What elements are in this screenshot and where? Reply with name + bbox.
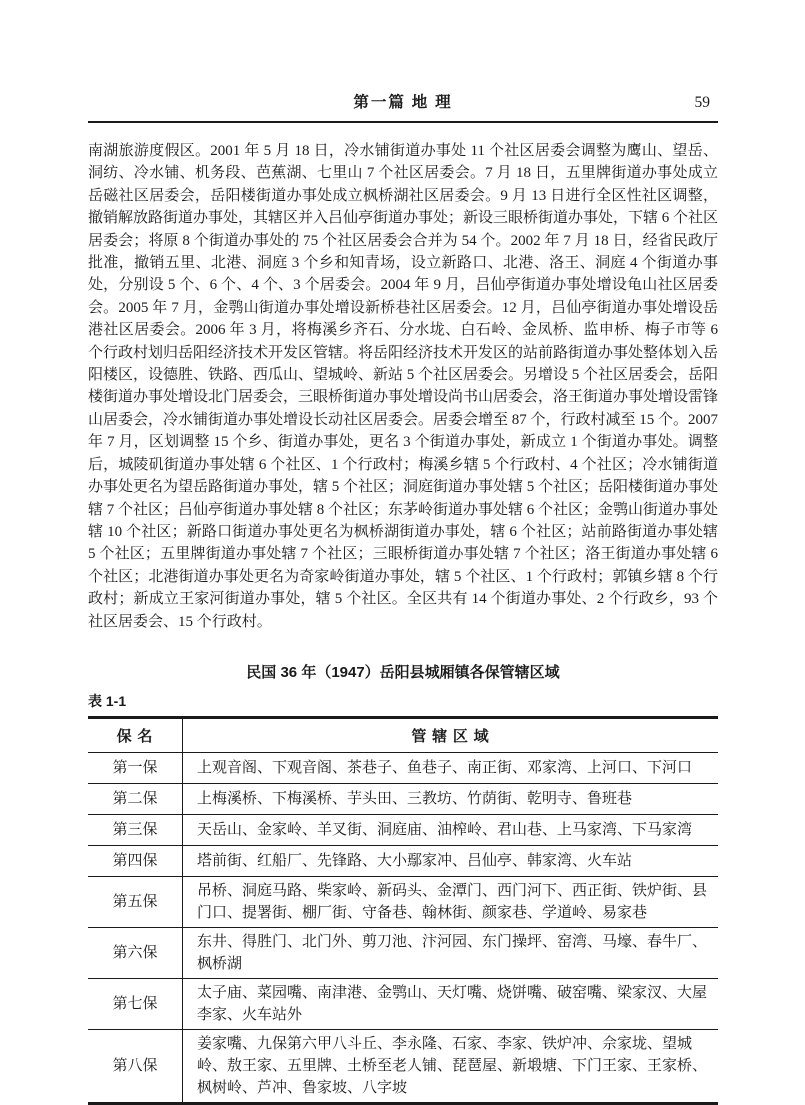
bao-name-cell: 第三保 (88, 814, 183, 845)
table-row: 第七保 太子庙、菜园嘴、南津港、金鹗山、天灯嘴、烧饼嘴、破窑嘴、梁家汊、大屋李家… (88, 978, 718, 1029)
bao-name-cell: 第七保 (88, 978, 183, 1029)
table-title: 民国 36 年（1947）岳阳县城厢镇各保管辖区域 (88, 661, 718, 682)
table-row: 第一保 上观音阁、下观音阁、茶巷子、鱼巷子、南正街、邓家湾、上河口、下河口 (88, 752, 718, 783)
baojia-table: 保 名 管 辖 区 域 第一保 上观音阁、下观音阁、茶巷子、鱼巷子、南正街、邓家… (88, 716, 718, 1105)
bao-name-cell: 第二保 (88, 783, 183, 814)
table-header-row: 保 名 管 辖 区 域 (88, 717, 718, 752)
table-row: 第五保 吊桥、洞庭马路、柴家岭、新码头、金潭门、西门河下、西正街、铁炉街、县门口… (88, 876, 718, 927)
bao-name-cell: 第四保 (88, 845, 183, 876)
region-cell: 上梅溪桥、下梅溪桥、芋头田、三教坊、竹荫街、乾明寺、鲁班巷 (183, 783, 719, 814)
table-row: 第四保 塔前街、红船厂、先锋路、大小鄢家冲、吕仙亭、韩家湾、火车站 (88, 845, 718, 876)
table-body: 第一保 上观音阁、下观音阁、茶巷子、鱼巷子、南正街、邓家湾、上河口、下河口 第二… (88, 752, 718, 1103)
region-cell: 太子庙、菜园嘴、南津港、金鹗山、天灯嘴、烧饼嘴、破窑嘴、梁家汊、大屋李家、火车站… (183, 978, 719, 1029)
page-header: 第一篇 地 理 59 (88, 92, 718, 114)
bao-name-cell: 第一保 (88, 752, 183, 783)
bao-name-cell: 第八保 (88, 1029, 183, 1103)
region-cell: 东井、得胜门、北门外、剪刀池、汴河园、东门操坪、窑湾、马壕、春牛厂、枫桥湖 (183, 927, 719, 978)
page-number: 59 (695, 92, 711, 114)
body-paragraph: 南湖旅游度假区。2001 年 5 月 18 日，冷水铺街道办事处 11 个社区居… (88, 140, 718, 633)
column-header-bao-name: 保 名 (88, 717, 183, 752)
table-label: 表 1-1 (88, 691, 718, 711)
document-page: 第一篇 地 理 59 南湖旅游度假区。2001 年 5 月 18 日，冷水铺街道… (0, 0, 805, 1099)
bao-name-cell: 第五保 (88, 876, 183, 927)
region-cell: 上观音阁、下观音阁、茶巷子、鱼巷子、南正街、邓家湾、上河口、下河口 (183, 752, 719, 783)
bao-name-cell: 第六保 (88, 927, 183, 978)
table-row: 第三保 天岳山、金家岭、羊叉街、洞庭庙、油榨岭、君山巷、上马家湾、下马家湾 (88, 814, 718, 845)
region-cell: 吊桥、洞庭马路、柴家岭、新码头、金潭门、西门河下、西正街、铁炉街、县门口、提署街… (183, 876, 719, 927)
region-cell: 姜家嘴、九保第六甲八斗丘、李永隆、石家、李家、铁炉冲、佘家垅、望城岭、敖王家、五… (183, 1029, 719, 1103)
section-title: 第一篇 地 理 (88, 92, 718, 114)
table-header: 保 名 管 辖 区 域 (88, 717, 718, 752)
table-row: 第六保 东井、得胜门、北门外、剪刀池、汴河园、东门操坪、窑湾、马壕、春牛厂、枫桥… (88, 927, 718, 978)
table-row: 第二保 上梅溪桥、下梅溪桥、芋头田、三教坊、竹荫街、乾明寺、鲁班巷 (88, 783, 718, 814)
region-cell: 天岳山、金家岭、羊叉街、洞庭庙、油榨岭、君山巷、上马家湾、下马家湾 (183, 814, 719, 845)
table-row: 第八保 姜家嘴、九保第六甲八斗丘、李永隆、石家、李家、铁炉冲、佘家垅、望城岭、敖… (88, 1029, 718, 1103)
region-cell: 塔前街、红船厂、先锋路、大小鄢家冲、吕仙亭、韩家湾、火车站 (183, 845, 719, 876)
column-header-region: 管 辖 区 域 (183, 717, 719, 752)
header-rule (88, 121, 718, 123)
